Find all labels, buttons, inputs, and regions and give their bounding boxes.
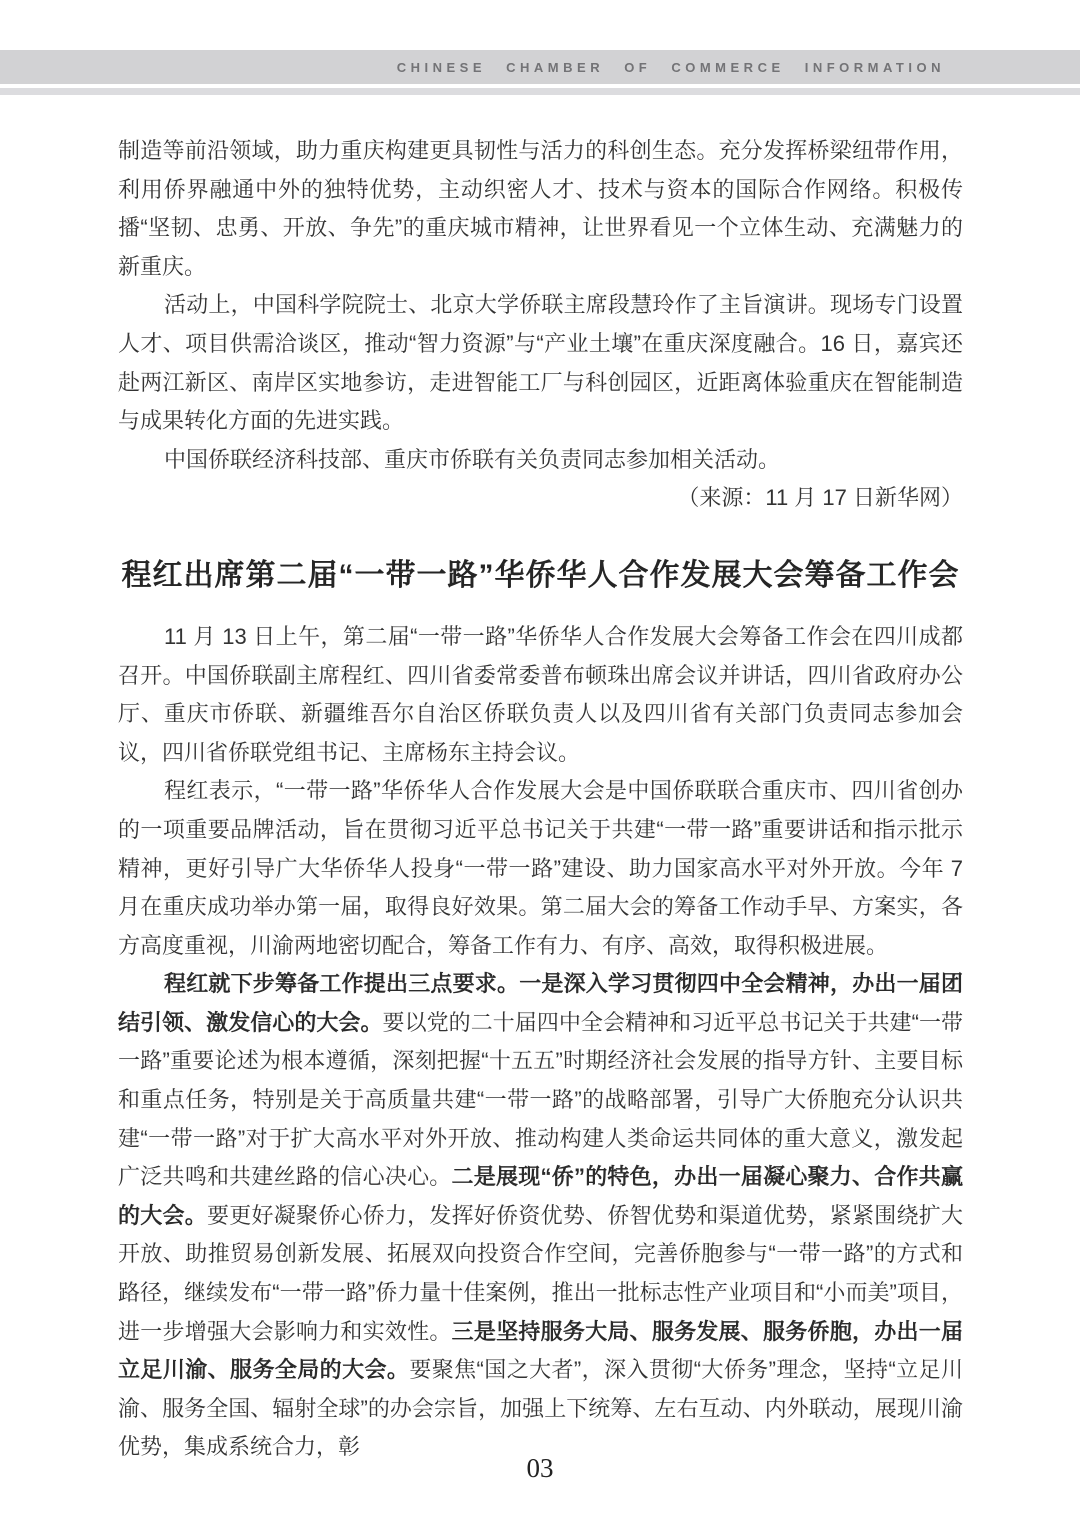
paragraph: 程红表示，“一带一路”华侨华人合作发展大会是中国侨联联合重庆市、四川省创办的一项… [118, 772, 963, 965]
page-number: 03 [0, 1453, 1080, 1484]
paragraph: 11 月 13 日上午，第二届“一带一路”华侨华人合作发展大会筹备工作会在四川成… [118, 618, 963, 772]
header-banner: CHINESE CHAMBER OF COMMERCE INFORMATION [0, 50, 1080, 84]
article-2-title: 程红出席第二届“一带一路”华侨华人合作发展大会筹备工作会 [118, 554, 963, 598]
bulletin-page: { "header": { "banner_text": "CHINESE CH… [0, 0, 1080, 1525]
header-divider-bar [0, 88, 1080, 95]
paragraph: 程红就下步筹备工作提出三点要求。一是深入学习贯彻四中全会精神，办出一届团结引领、… [118, 965, 963, 1467]
header-banner-text: CHINESE CHAMBER OF COMMERCE INFORMATION [397, 60, 945, 75]
paragraph: 中国侨联经济科技部、重庆市侨联有关负责同志参加相关活动。 [118, 441, 963, 480]
paragraph: 制造等前沿领域，助力重庆构建更具韧性与活力的科创生态。充分发挥桥梁纽带作用，利用… [118, 132, 963, 286]
text-segment: （来源：11 月 17 日新华网） [677, 485, 963, 510]
text-segment: 程红表示，“一带一路”华侨华人合作发展大会是中国侨联联合重庆市、四川省创办的一项… [118, 778, 963, 957]
text-segment: 制造等前沿领域，助力重庆构建更具韧性与活力的科创生态。充分发挥桥梁纽带作用，利用… [118, 138, 963, 279]
article-2-body: 11 月 13 日上午，第二届“一带一路”华侨华人合作发展大会筹备工作会在四川成… [118, 618, 963, 1467]
page-content: 制造等前沿领域，助力重庆构建更具韧性与活力的科创生态。充分发挥桥梁纽带作用，利用… [118, 132, 963, 1467]
text-segment: 活动上，中国科学院院士、北京大学侨联主席段慧玲作了主旨演讲。现场专门设置人才、项… [118, 292, 963, 433]
article-1-body: 制造等前沿领域，助力重庆构建更具韧性与活力的科创生态。充分发挥桥梁纽带作用，利用… [118, 132, 963, 518]
text-segment: 中国侨联经济科技部、重庆市侨联有关负责同志参加相关活动。 [164, 447, 780, 472]
paragraph: 活动上，中国科学院院士、北京大学侨联主席段慧玲作了主旨演讲。现场专门设置人才、项… [118, 286, 963, 440]
text-segment: 11 月 13 日上午，第二届“一带一路”华侨华人合作发展大会筹备工作会在四川成… [118, 624, 963, 765]
source-line: （来源：11 月 17 日新华网） [118, 479, 963, 518]
text-segment: 要以党的二十届四中全会精神和习近平总书记关于共建“一带一路”重要论述为根本遵循，… [118, 1010, 963, 1189]
